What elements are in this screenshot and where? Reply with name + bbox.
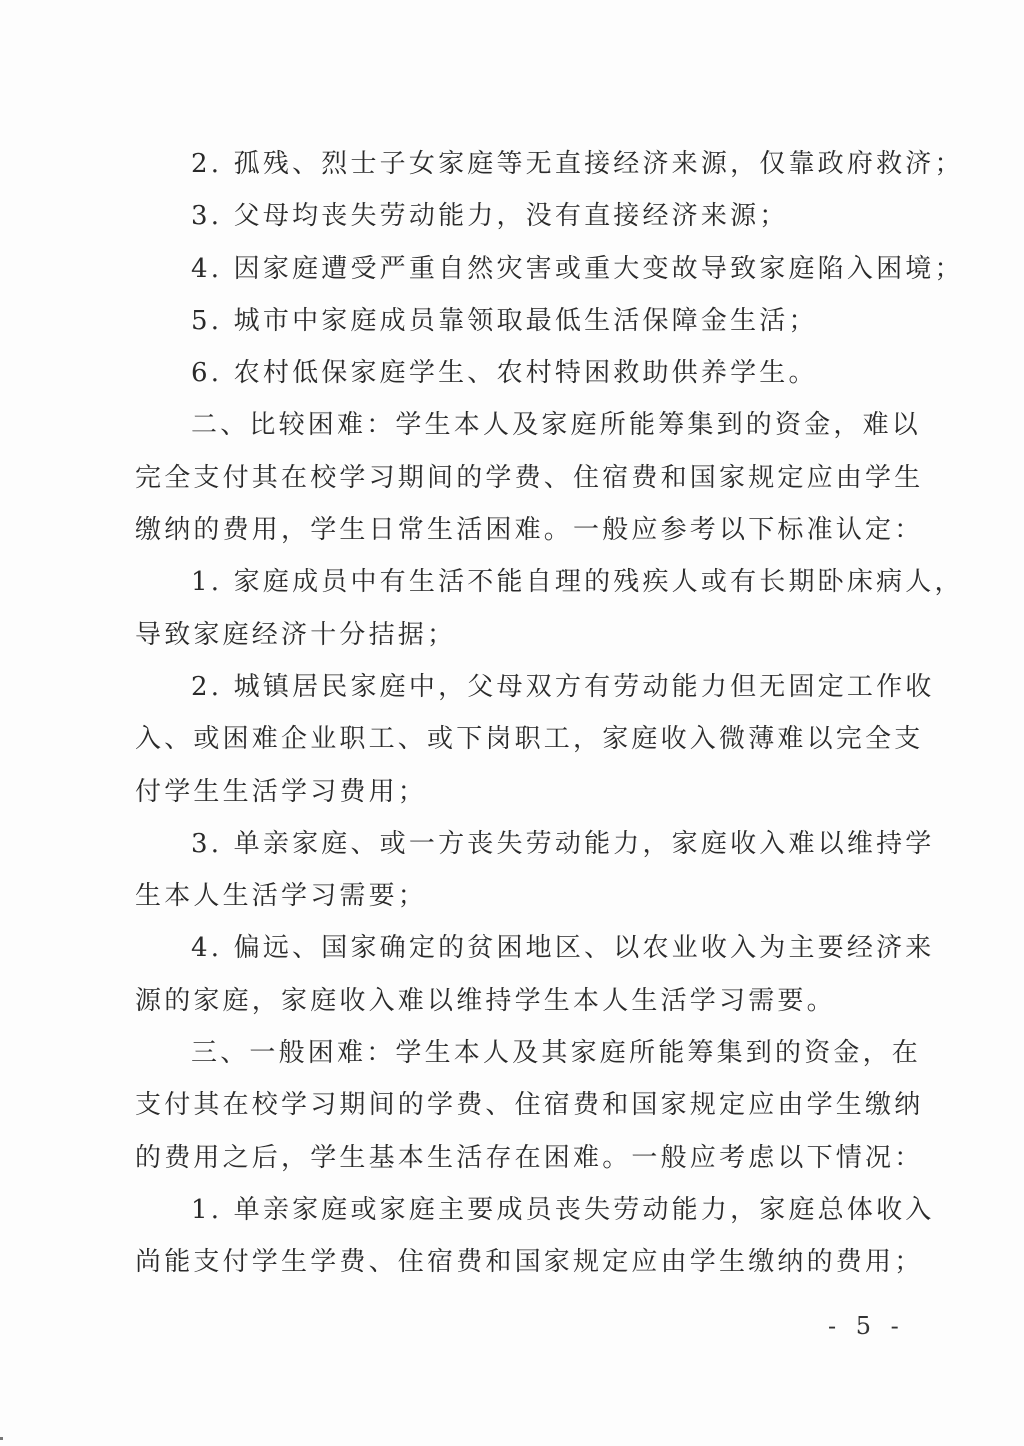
- text-line: 缴纳的费用，学生日常生活困难。一般应参考以下标准认定：: [135, 504, 890, 556]
- text-line: 2. 孤残、烈士子女家庭等无直接经济来源，仅靠政府救济；: [135, 138, 890, 190]
- section-heading-line: 二、比较困难：学生本人及家庭所能筹集到的资金，难以: [135, 399, 890, 451]
- scan-artifact: [0, 1437, 3, 1440]
- text-line: 入、或困难企业职工、或下岗职工，家庭收入微薄难以完全支: [135, 713, 890, 765]
- text-line: 4. 偏远、国家确定的贫困地区、以农业收入为主要经济来: [135, 922, 890, 974]
- text-line: 3. 父母均丧失劳动能力，没有直接经济来源；: [135, 190, 890, 242]
- section-heading-line: 三、一般困难：学生本人及其家庭所能筹集到的资金，在: [135, 1027, 890, 1079]
- page-number: - 5 -: [828, 1312, 905, 1340]
- text-line: 付学生生活学习费用；: [135, 766, 890, 818]
- document-page: 2. 孤残、烈士子女家庭等无直接经济来源，仅靠政府救济； 3. 父母均丧失劳动能…: [0, 0, 1024, 1446]
- text-line: 4. 因家庭遭受严重自然灾害或重大变故导致家庭陷入困境；: [135, 243, 890, 295]
- text-line: 1. 单亲家庭或家庭主要成员丧失劳动能力，家庭总体收入: [135, 1184, 890, 1236]
- text-line: 6. 农村低保家庭学生、农村特困救助供养学生。: [135, 347, 890, 399]
- text-line: 3. 单亲家庭、或一方丧失劳动能力，家庭收入难以维持学: [135, 818, 890, 870]
- text-line: 的费用之后，学生基本生活存在困难。一般应考虑以下情况：: [135, 1132, 890, 1184]
- text-line: 导致家庭经济十分拮据；: [135, 609, 890, 661]
- text-line: 生本人生活学习需要；: [135, 870, 890, 922]
- text-line: 完全支付其在校学习期间的学费、住宿费和国家规定应由学生: [135, 452, 890, 504]
- text-line: 支付其在校学习期间的学费、住宿费和国家规定应由学生缴纳: [135, 1079, 890, 1131]
- text-line: 尚能支付学生学费、住宿费和国家规定应由学生缴纳的费用；: [135, 1236, 890, 1288]
- text-line: 5. 城市中家庭成员靠领取最低生活保障金生活；: [135, 295, 890, 347]
- text-line: 2. 城镇居民家庭中，父母双方有劳动能力但无固定工作收: [135, 661, 890, 713]
- text-line: 1. 家庭成员中有生活不能自理的残疾人或有长期卧床病人，: [135, 556, 890, 608]
- text-line: 源的家庭，家庭收入难以维持学生本人生活学习需要。: [135, 975, 890, 1027]
- document-body: 2. 孤残、烈士子女家庭等无直接经济来源，仅靠政府救济； 3. 父母均丧失劳动能…: [135, 138, 890, 1289]
